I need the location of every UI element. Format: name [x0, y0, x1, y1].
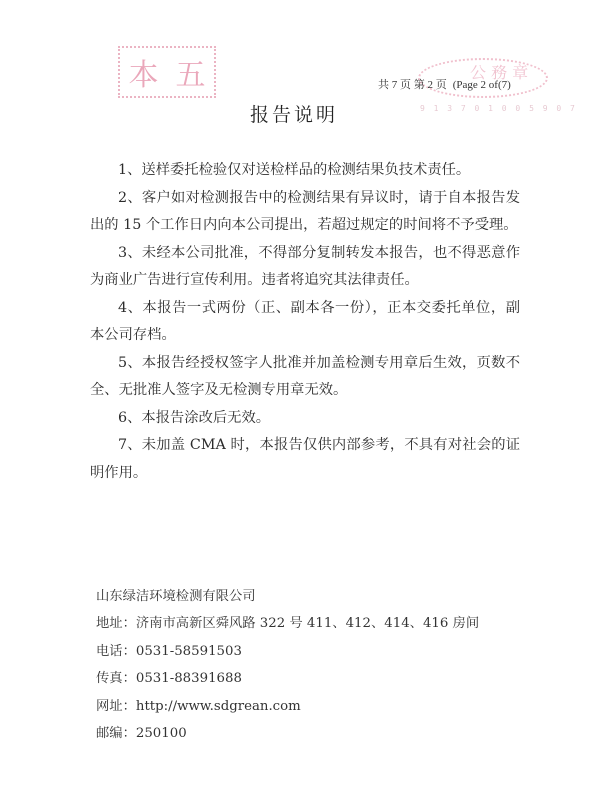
stamp-glyph: 五	[176, 50, 206, 94]
address-line: 地址：济南市高新区舜风路 322 号 411、412、414、416 房间	[96, 610, 479, 637]
page-indicator: 共 7 页 第 2 页(Page 2 of(7)	[378, 76, 511, 92]
term-item: 4、本报告一式两份（正、副本各一份），正本交委托单位，副本公司存档。	[90, 295, 520, 350]
inspection-stamp: 本 五	[118, 46, 216, 98]
website-value: http://www.sdgrean.com	[136, 699, 301, 714]
company-name: 山东绿洁环境检测有限公司	[96, 583, 479, 610]
fax-label: 传真：	[96, 671, 136, 686]
postcode-value: 250100	[136, 726, 187, 741]
postcode-label: 邮编：	[96, 726, 136, 741]
stamp-glyph: 本	[129, 50, 159, 94]
term-item: 6、本报告涂改后无效。	[90, 405, 520, 433]
website-label: 网址：	[96, 699, 136, 714]
company-seal-number: 9 1 3 7 0 1 0 0 5 9 0 7	[420, 104, 577, 113]
phone-line: 电话：0531-58591503	[96, 638, 479, 665]
fax-value: 0531-88391688	[136, 671, 242, 686]
address-value: 济南市高新区舜风路 322 号 411、412、414、416 房间	[136, 616, 479, 631]
term-item: 2、客户如对检测报告中的检测结果有异议时，请于自本报告发出的 15 个工作日内向…	[90, 185, 520, 240]
contact-info: 山东绿洁环境检测有限公司 地址：济南市高新区舜风路 322 号 411、412、…	[96, 583, 479, 747]
phone-label: 电话：	[96, 644, 136, 659]
page-indicator-en: (Page 2 of(7)	[453, 79, 511, 91]
postcode-line: 邮编：250100	[96, 720, 479, 747]
term-item: 7、未加盖 CMA 时，本报告仅供内部参考，不具有对社会的证明作用。	[90, 432, 520, 487]
page-title: 报告说明	[250, 100, 338, 127]
phone-value: 0531-58591503	[136, 644, 242, 659]
address-label: 地址：	[96, 616, 136, 631]
term-item: 1、送样委托检验仅对送检样品的检测结果负技术责任。	[90, 157, 520, 185]
website-line: 网址：http://www.sdgrean.com	[96, 693, 479, 720]
fax-line: 传真：0531-88391688	[96, 665, 479, 692]
term-item: 3、未经本公司批准，不得部分复制转发本报告，也不得恶意作为商业广告进行宣传利用。…	[90, 240, 520, 295]
report-terms: 1、送样委托检验仅对送检样品的检测结果负技术责任。 2、客户如对检测报告中的检测…	[90, 157, 520, 487]
term-item: 5、本报告经授权签字人批准并加盖检测专用章后生效，页数不全、无批准人签字及无检测…	[90, 350, 520, 405]
page-indicator-cn: 共 7 页 第 2 页	[378, 79, 447, 91]
